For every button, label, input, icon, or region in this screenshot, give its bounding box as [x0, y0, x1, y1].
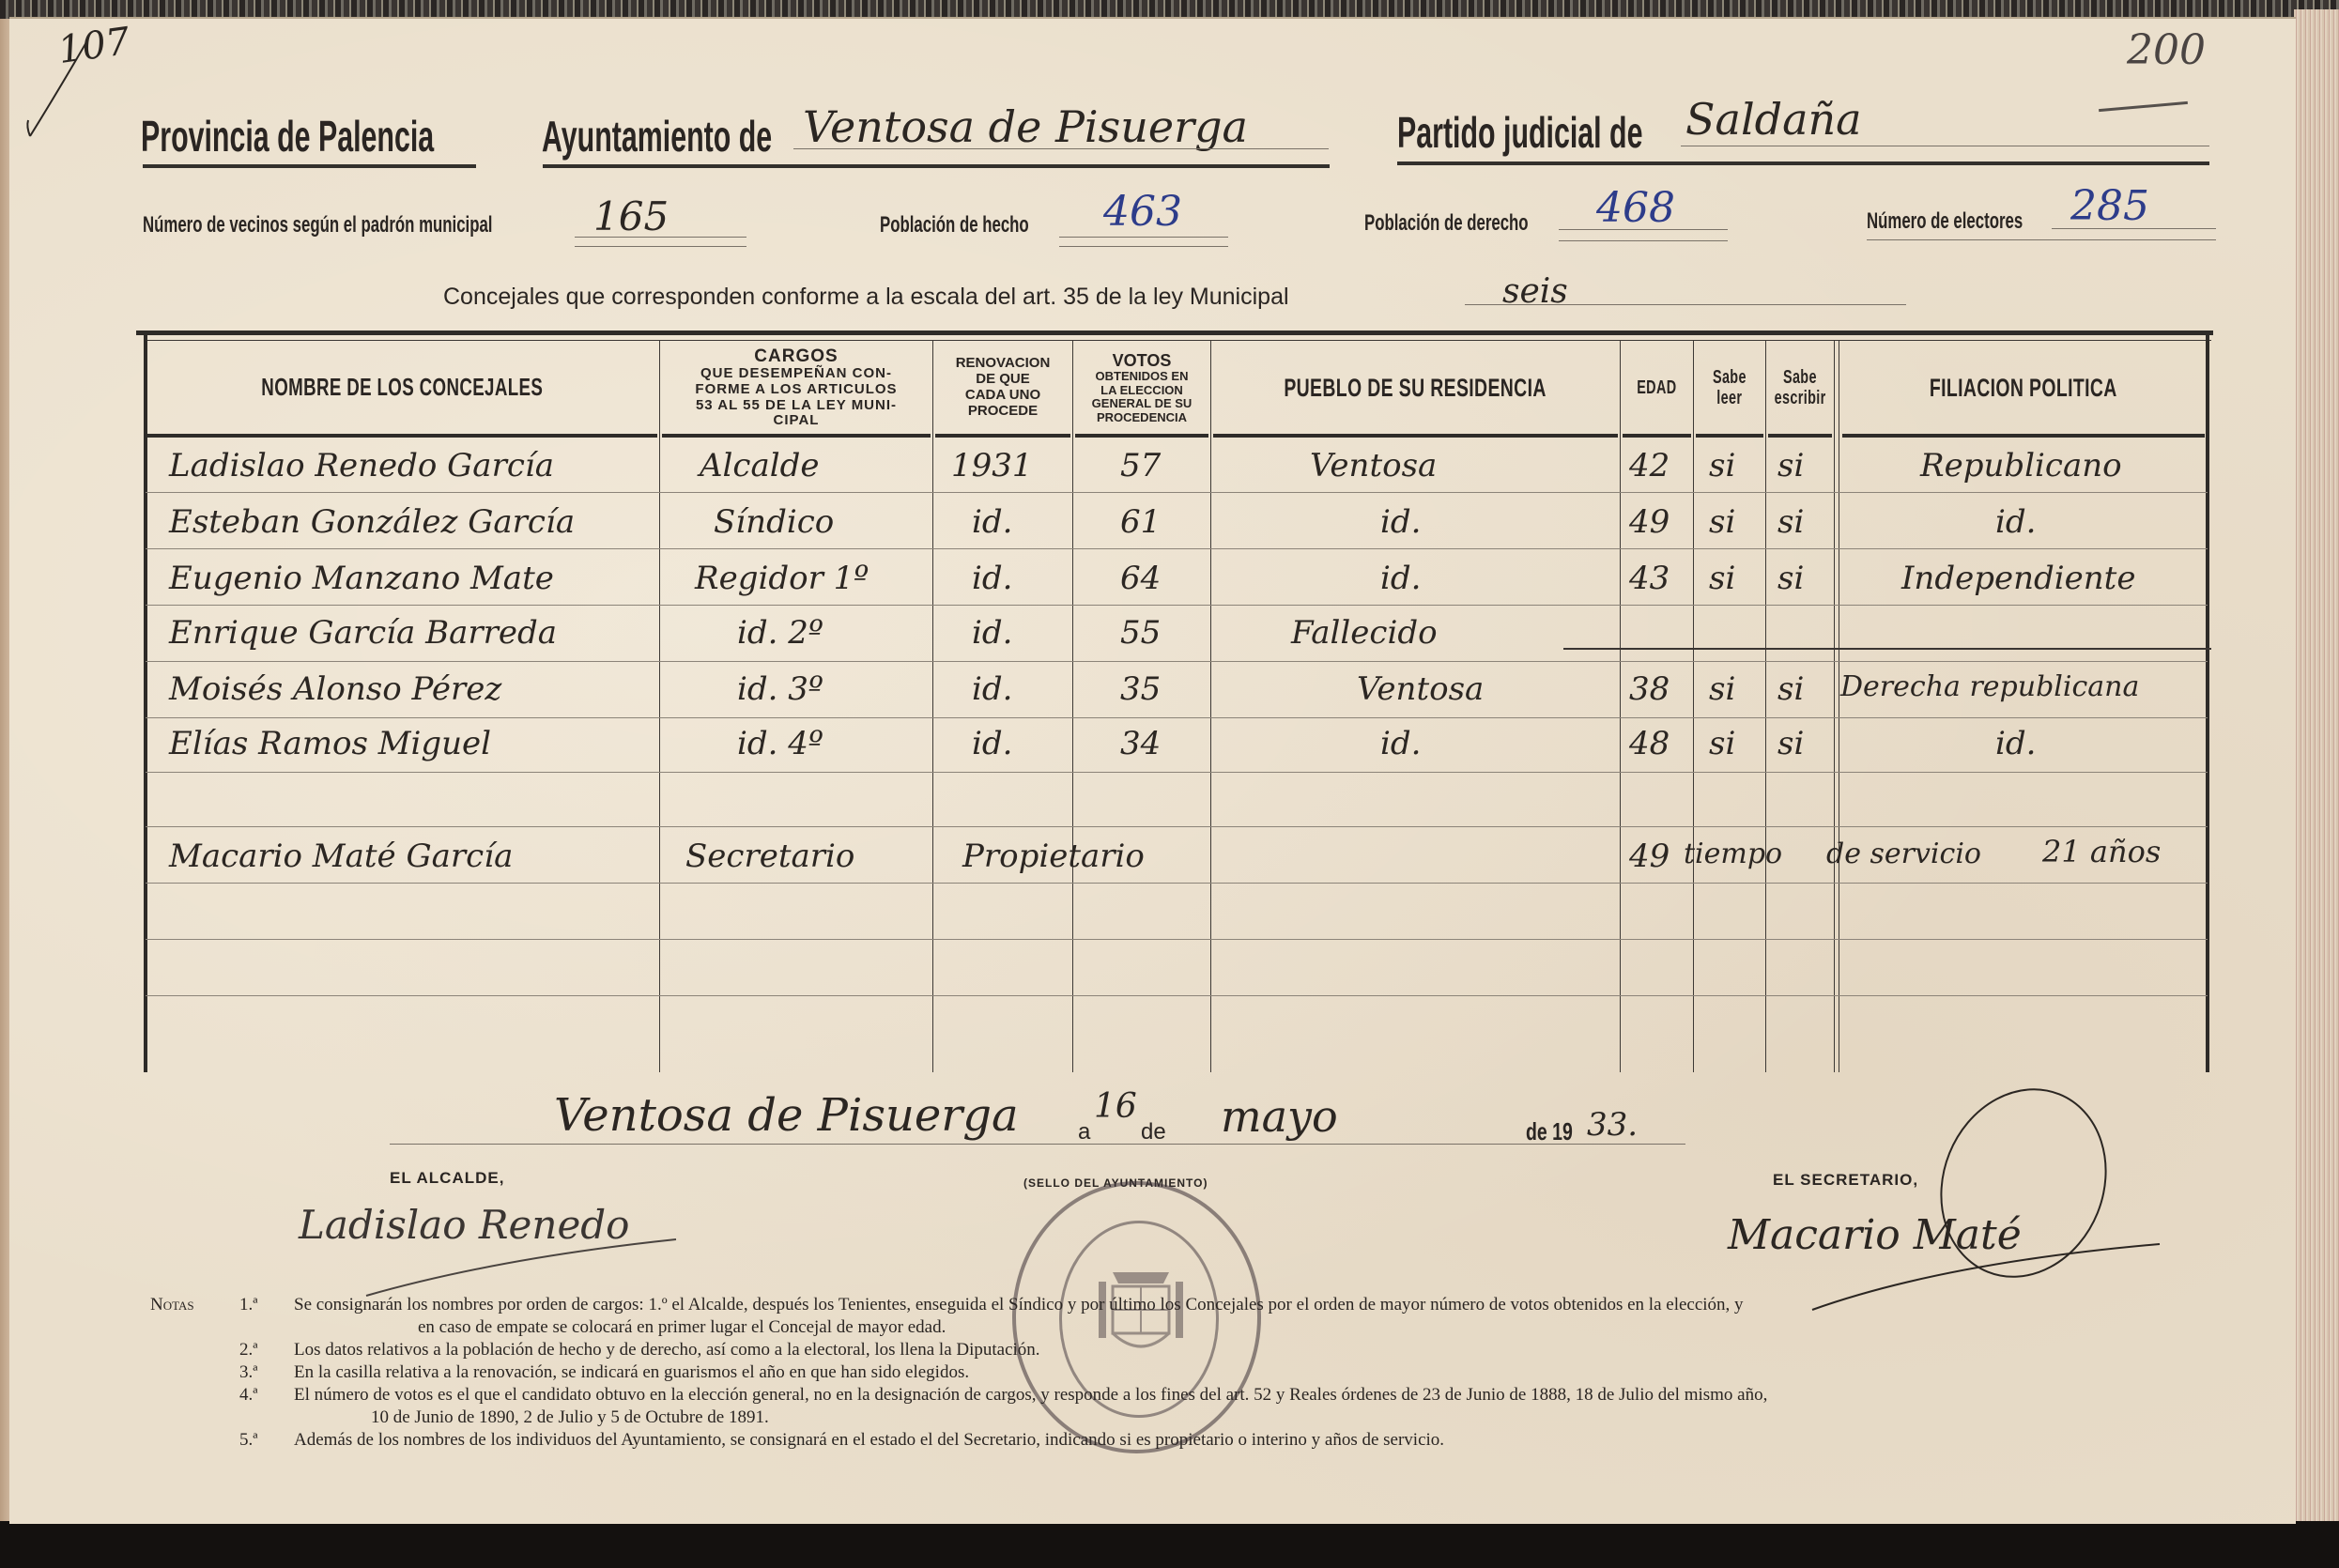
cell-leer: si: [1709, 447, 1735, 484]
province-label: Provincia de Palencia: [141, 111, 434, 161]
header-underline: [1768, 434, 1832, 438]
col-header-escribir-line: escribir: [1775, 388, 1826, 408]
col-divider: [1693, 340, 1694, 1072]
councillors-table: NOMBRE DE LOS CONCEJALES CARGOS QUE DESE…: [136, 331, 2213, 1072]
notes-section: Notas 1.ª Se consignarán los nombres por…: [150, 1294, 1767, 1452]
date-field-line: [390, 1144, 1685, 1145]
row-line: [146, 939, 2208, 940]
col-header-votos: VOTOS OBTENIDOS EN LA ELECCION GENERAL D…: [1075, 342, 1208, 434]
col-header-leer-line: Sabe: [1713, 367, 1747, 388]
table-top-inner-border: [146, 340, 2211, 341]
note-item: 5.ª Además de los nombres de los individ…: [150, 1429, 1767, 1452]
note-number: 2.ª: [239, 1339, 294, 1361]
poblacion-hecho-field-line: [1059, 237, 1228, 238]
note-item: 2.ª Los datos relativos a la población d…: [150, 1339, 1767, 1361]
cell-escribir: de servicio: [1826, 838, 1981, 870]
page-edges-right: [2294, 9, 2339, 1540]
cell-filiacion: Republicano: [1920, 447, 2122, 484]
note-item-continuation: en caso de empate se colocará en primer …: [150, 1316, 1767, 1339]
secretario-signature-flourish: [1756, 1084, 2207, 1319]
row-line: [146, 995, 2208, 996]
col-header-votos-line: GENERAL DE SU: [1092, 397, 1193, 411]
poblacion-hecho-value: 463: [1103, 188, 1182, 236]
cell-nombre: Eugenio Manzano Mate: [169, 560, 554, 597]
note-number: 4.ª: [239, 1384, 294, 1407]
vecinos-field-line: [575, 237, 746, 238]
date-year-prefix: de 19: [1526, 1117, 1573, 1146]
cell-renovacion: id.: [972, 670, 1012, 708]
row-line: [146, 548, 2208, 549]
cell-filiacion: Derecha republicana: [1840, 670, 2139, 703]
cell-votos: 57: [1120, 447, 1161, 484]
col-header-leer: Sabe leer: [1696, 342, 1763, 434]
deceased-strike-line: [1563, 648, 2211, 650]
cell-edad: 43: [1629, 560, 1670, 597]
col-header-renov-line: RENOVACION: [956, 356, 1051, 372]
cell-cargo: id. 3º: [737, 670, 823, 708]
alcalde-signature-flourish: [357, 1221, 695, 1305]
col-header-renov-line: PROCEDE: [968, 404, 1038, 420]
header-underline: [1213, 434, 1618, 438]
cell-filiacion: Independiente: [1901, 560, 2135, 597]
header-underline: [935, 434, 1070, 438]
electores-value: 285: [2070, 182, 2149, 230]
partido-label: Partido judicial de: [1397, 107, 1642, 158]
folio-slash-mark: [19, 38, 103, 141]
cell-votos: 34: [1120, 725, 1161, 762]
cell-escribir: si: [1777, 503, 1804, 541]
cell-edad: 49: [1629, 503, 1670, 541]
col-header-renovacion: RENOVACION DE QUE CADA UNO PROCEDE: [935, 342, 1070, 434]
cell-edad: 42: [1629, 447, 1670, 484]
cell-leer: si: [1709, 725, 1735, 762]
cell-leer: tiempo: [1684, 838, 1782, 870]
cell-leer: si: [1709, 503, 1735, 541]
vecinos-value: 165: [593, 193, 669, 239]
alcalde-label: EL ALCALDE,: [390, 1169, 504, 1188]
poblacion-derecho-value: 468: [1596, 184, 1675, 232]
cell-cargo: Síndico: [714, 503, 834, 541]
province-underline: [143, 164, 476, 168]
cell-escribir: si: [1777, 560, 1804, 597]
cell-pueblo: Ventosa: [1310, 447, 1437, 484]
header-underline: [1623, 434, 1691, 438]
cell-filiacion: id.: [1995, 503, 2036, 541]
date-a-label: a: [1078, 1119, 1090, 1145]
cell-renovacion: id.: [972, 560, 1012, 597]
col-divider: [1072, 340, 1073, 1072]
poblacion-derecho-label: Población de derecho: [1364, 210, 1529, 237]
electores-label: Número de electores: [1867, 208, 2023, 235]
header-underline: [147, 434, 657, 438]
cell-nombre: Ladislao Renedo García: [169, 447, 554, 484]
cell-renovacion: 1931: [951, 447, 1033, 484]
cell-pueblo: Fallecido: [1291, 614, 1438, 652]
cell-votos: 64: [1120, 560, 1161, 597]
col-header-filiacion: FILIACION POLITICA: [1842, 342, 2205, 434]
table-left-border: [144, 331, 147, 1072]
cell-votos: 61: [1120, 503, 1161, 541]
partido-field-line: [1681, 146, 2209, 146]
col-divider-double: [1834, 340, 1839, 1072]
background-bottom: [0, 1521, 2339, 1568]
cell-votos: 55: [1120, 614, 1161, 652]
vecinos-label: Número de vecinos según el padrón munici…: [143, 212, 492, 238]
ayuntamiento-value: Ventosa de Pisuerga: [803, 101, 1248, 152]
poblacion-hecho-label: Población de hecho: [880, 212, 1029, 238]
col-header-nombre-label: NOMBRE DE LOS CONCEJALES: [262, 374, 544, 401]
table-right-border: [2206, 331, 2209, 1072]
table-top-border: [136, 331, 2213, 335]
note-text: Se consignarán los nombres por orden de …: [294, 1294, 1767, 1316]
note-item: Notas 1.ª Se consignarán los nombres por…: [150, 1294, 1767, 1316]
col-header-escribir: Sabe escribir: [1768, 342, 1832, 434]
cell-escribir: si: [1777, 670, 1804, 708]
cell-filiacion: id.: [1995, 725, 2036, 762]
col-header-votos-line: LA ELECCION: [1100, 384, 1183, 398]
col-header-votos-line: OBTENIDOS EN: [1096, 370, 1189, 384]
cell-pueblo: id.: [1380, 725, 1421, 762]
cell-filiacion: 21 años: [2042, 834, 2161, 869]
row-line: [146, 826, 2208, 827]
note-item-continuation: 10 de Junio de 1890, 2 de Julio y 5 de O…: [150, 1407, 1767, 1429]
cell-nombre: Enrique García Barreda: [169, 614, 557, 652]
cell-renovacion: id.: [972, 503, 1012, 541]
col-header-votos-line: PROCEDENCIA: [1097, 411, 1187, 425]
electores-field-line-2: [1867, 239, 2216, 240]
cell-leer: si: [1709, 560, 1735, 597]
col-header-cargos: CARGOS QUE DESEMPEÑAN CON- FORME A LOS A…: [662, 342, 931, 434]
poblacion-hecho-field-line-2: [1059, 246, 1228, 247]
date-month: mayo: [1221, 1091, 1338, 1142]
header-underline: [1075, 434, 1208, 438]
col-header-cargos-line: CIPAL: [774, 413, 820, 429]
col-header-nombre: NOMBRE DE LOS CONCEJALES: [147, 342, 657, 434]
note-number: 1.ª: [239, 1294, 294, 1316]
col-header-edad: EDAD: [1623, 342, 1691, 434]
date-de-label: de: [1141, 1119, 1166, 1145]
ayuntamiento-label: Ayuntamiento de: [542, 111, 772, 161]
note-text: El número de votos es el que el candidat…: [294, 1384, 1767, 1407]
cell-cargo: Secretario: [685, 838, 854, 875]
vecinos-field-line-2: [575, 246, 746, 247]
col-header-renov-line: DE QUE: [976, 372, 1030, 388]
row-line: [146, 717, 2208, 718]
cell-escribir: si: [1777, 725, 1804, 762]
col-divider: [1765, 340, 1766, 1072]
col-header-escribir-line: Sabe: [1783, 367, 1817, 388]
row-line: [146, 772, 2208, 773]
col-header-cargos-line: QUE DESEMPEÑAN CON-: [700, 366, 892, 382]
note-number: 5.ª: [239, 1429, 294, 1452]
row-line: [146, 883, 2208, 884]
electores-field-line: [2052, 228, 2216, 229]
cell-pueblo: id.: [1380, 560, 1421, 597]
partido-underline: [1397, 161, 2209, 165]
col-header-votos-line: VOTOS: [1113, 351, 1172, 370]
col-header-pueblo: PUEBLO DE SU RESIDENCIA: [1213, 342, 1618, 434]
cell-renovacion: id.: [972, 725, 1012, 762]
cell-votos: 35: [1120, 670, 1161, 708]
col-header-cargos-line: 53 AL 55 DE LA LEY MUNI-: [696, 398, 897, 414]
cell-edad: 49: [1629, 838, 1670, 875]
col-header-edad-label: EDAD: [1637, 377, 1676, 398]
notes-title: Notas: [150, 1294, 239, 1316]
col-header-cargos-line: FORME A LOS ARTICULOS: [695, 382, 897, 398]
ayuntamiento-field-line: [793, 148, 1329, 149]
note-item: 4.ª El número de votos es el que el cand…: [150, 1384, 1767, 1407]
poblacion-derecho-field-line: [1559, 229, 1728, 230]
row-line: [146, 492, 2208, 493]
folio-number-right: 200: [2127, 26, 2206, 74]
cell-nombre: Elías Ramos Miguel: [169, 725, 491, 762]
col-header-filiacion-label: FILIACION POLITICA: [1930, 374, 2117, 402]
note-number: 3.ª: [239, 1361, 294, 1384]
col-divider: [1620, 340, 1621, 1072]
cell-escribir: si: [1777, 447, 1804, 484]
cell-pueblo: Ventosa: [1357, 670, 1484, 708]
date-year-suffix: 33.: [1587, 1106, 1638, 1144]
place-value: Ventosa de Pisuerga: [554, 1089, 1019, 1142]
partido-value: Saldaña: [1685, 94, 1862, 145]
note-text: Los datos relativos a la población de he…: [294, 1339, 1767, 1361]
cell-leer: si: [1709, 670, 1735, 708]
cell-edad: 48: [1629, 725, 1670, 762]
cell-edad: 38: [1629, 670, 1670, 708]
note-item: 3.ª En la casilla relativa a la renovaci…: [150, 1361, 1767, 1384]
col-header-cargos-line: CARGOS: [754, 346, 838, 366]
cell-renovacion: Propietario: [962, 838, 1145, 875]
header-underline: [662, 434, 931, 438]
note-text: En la casilla relativa a la renovación, …: [294, 1361, 1767, 1384]
col-header-pueblo-label: PUEBLO DE SU RESIDENCIA: [1285, 374, 1547, 402]
note-text: Además de los nombres de los individuos …: [294, 1429, 1767, 1452]
cell-nombre: Esteban González García: [169, 503, 575, 541]
header-underline: [1842, 434, 2205, 438]
col-divider: [659, 340, 660, 1072]
cell-cargo: id. 4º: [737, 725, 823, 762]
poblacion-derecho-field-line-2: [1559, 240, 1728, 241]
col-header-leer-line: leer: [1716, 388, 1742, 408]
col-divider: [932, 340, 933, 1072]
row-line: [146, 605, 2208, 606]
col-divider: [1210, 340, 1211, 1072]
cell-renovacion: id.: [972, 614, 1012, 652]
concejales-label: Concejales que corresponden conforme a l…: [443, 284, 1289, 311]
cell-cargo: id. 2º: [737, 614, 823, 652]
note-text: en caso de empate se colocará en primer …: [418, 1316, 946, 1339]
cell-cargo: Regidor 1º: [695, 560, 869, 597]
concejales-field-line: [1465, 304, 1906, 305]
header-underline: [1696, 434, 1763, 438]
date-day: 16: [1094, 1087, 1137, 1126]
note-text: 10 de Junio de 1890, 2 de Julio y 5 de O…: [371, 1407, 769, 1429]
cell-cargo: Alcalde: [700, 447, 820, 484]
row-line: [146, 661, 2208, 662]
cell-nombre: Macario Maté García: [169, 838, 513, 875]
ayuntamiento-underline: [543, 164, 1330, 168]
col-header-renov-line: CADA UNO: [965, 388, 1040, 404]
cell-pueblo: id.: [1380, 503, 1421, 541]
cell-nombre: Moisés Alonso Pérez: [169, 670, 501, 708]
